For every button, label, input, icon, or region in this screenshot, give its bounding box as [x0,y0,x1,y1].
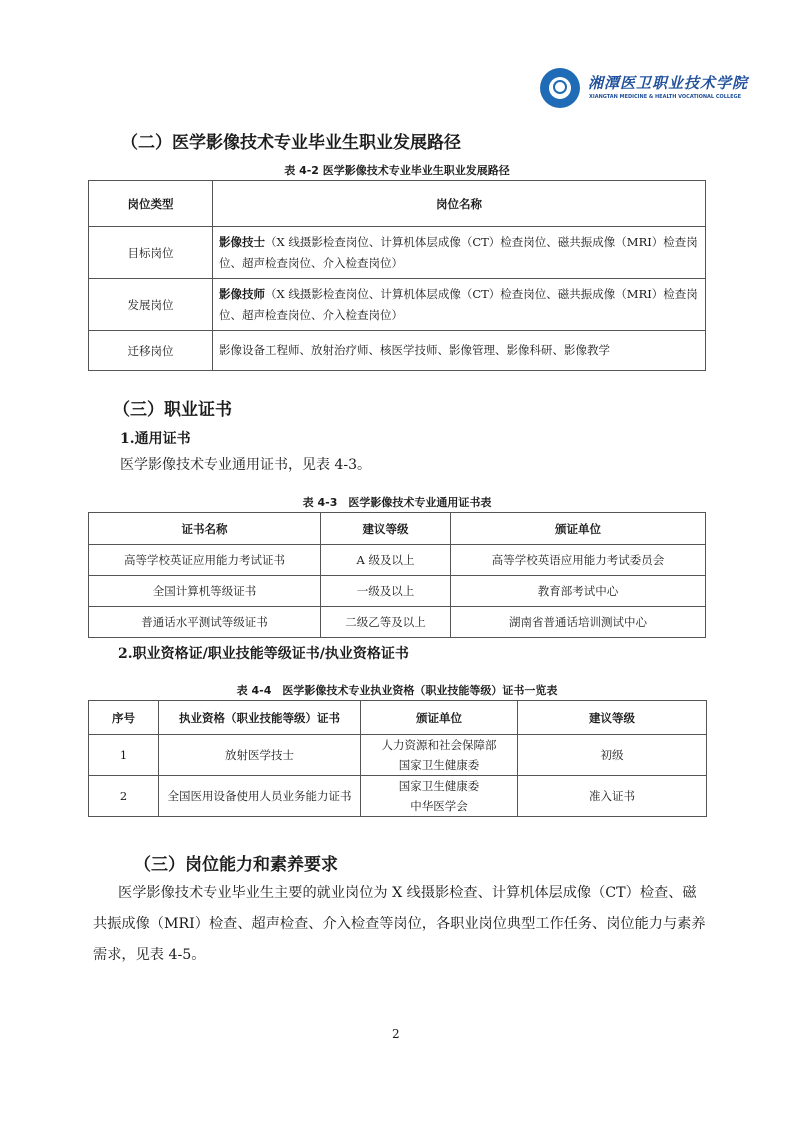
column-header: 颁证单位 [361,701,518,735]
post-title: 影像技师 [219,287,265,301]
emblem-ring [553,80,567,94]
cert-issuer: 教育部考试中心 [451,576,706,607]
cert-level: 初级 [518,735,707,776]
column-header: 序号 [89,701,159,735]
table-4-3-caption: 表 4-3 医学影像技术专业通用证书表 [88,494,706,510]
column-header: 建议等级 [518,701,707,735]
post-type: 目标岗位 [89,227,213,279]
row-number: 1 [89,735,159,776]
column-header: 颁证单位 [451,513,706,545]
column-header: 执业资格（职业技能等级）证书 [159,701,361,735]
cert-level: A 级及以上 [321,545,451,576]
issuer-line: 国家卫生健康委 [367,755,511,775]
competency-para-line-3: 需求，见表 4-5。 [93,940,205,971]
logo-english-name: XIANGTAN MEDICINE & HEALTH VOCATIONAL CO… [589,94,741,100]
post-names: 影像技师（X 线摄影检查岗位、计算机体层成像（CT）检查岗位、磁共振成像（MRI… [213,279,706,331]
table-4-3: 证书名称 建议等级 颁证单位 高等学校英证应用能力考试证书 A 级及以上 高等学… [88,512,706,638]
post-names: 影像技士（X 线摄影检查岗位、计算机体层成像（CT）检查岗位、磁共振成像（MRI… [213,227,706,279]
table-row: 目标岗位 影像技士（X 线摄影检查岗位、计算机体层成像（CT）检查岗位、磁共振成… [89,227,706,279]
subsection-heading-general: 1.通用证书 [120,428,191,448]
logo-chinese-name: 湘潭医卫职业技术学院 [588,72,748,93]
cert-name: 全国医用设备使用人员业务能力证书 [159,776,361,817]
section-heading-certificates: （三）职业证书 [113,395,232,420]
cert-name: 普通话水平测试等级证书 [89,607,321,638]
table-4-4: 序号 执业资格（职业技能等级）证书 颁证单位 建议等级 1 放射医学技士 人力资… [88,700,707,817]
table-header-row: 序号 执业资格（职业技能等级）证书 颁证单位 建议等级 [89,701,707,735]
post-detail: （X 线摄影检查岗位、计算机体层成像（CT）检查岗位、磁共振成像（MRI）检查岗… [219,287,698,322]
table-row: 发展岗位 影像技师（X 线摄影检查岗位、计算机体层成像（CT）检查岗位、磁共振成… [89,279,706,331]
post-names: 影像设备工程师、放射治疗师、核医学技师、影像管理、影像科研、影像教学 [213,331,706,371]
section-heading-competency: （三）岗位能力和素养要求 [134,850,338,875]
column-header: 岗位类型 [89,181,213,227]
cert-issuer: 国家卫生健康委中华医学会 [361,776,518,817]
issuer-line: 中华医学会 [367,796,511,816]
issuer-line: 国家卫生健康委 [367,776,511,796]
post-title: 影像技士 [219,235,265,249]
table-row: 1 放射医学技士 人力资源和社会保障部国家卫生健康委 初级 [89,735,707,776]
cert-name: 放射医学技士 [159,735,361,776]
cert-level: 准入证书 [518,776,707,817]
table-row: 普通话水平测试等级证书 二级乙等及以上 湖南省普通话培训测试中心 [89,607,706,638]
row-number: 2 [89,776,159,817]
issuer-line: 人力资源和社会保障部 [367,735,511,755]
general-cert-text: 医学影像技术专业通用证书，见表 4-3。 [120,450,371,481]
cert-issuer: 高等学校英语应用能力考试委员会 [451,545,706,576]
cert-name: 全国计算机等级证书 [89,576,321,607]
section-heading-career-path: （二）医学影像技术专业毕业生职业发展路径 [121,128,461,153]
subsection-heading-qualifications: 2.职业资格证/职业技能等级证书/执业资格证书 [118,643,409,663]
cert-issuer: 人力资源和社会保障部国家卫生健康委 [361,735,518,776]
page-number: 2 [392,1027,400,1041]
cert-level: 二级乙等及以上 [321,607,451,638]
cert-level: 一级及以上 [321,576,451,607]
table-4-2-caption: 表 4-2 医学影像技术专业毕业生职业发展路径 [88,162,706,178]
table-row: 全国计算机等级证书 一级及以上 教育部考试中心 [89,576,706,607]
table-header-row: 岗位类型 岗位名称 [89,181,706,227]
cert-issuer: 湖南省普通话培训测试中心 [451,607,706,638]
post-type: 迁移岗位 [89,331,213,371]
post-detail: （X 线摄影检查岗位、计算机体层成像（CT）检查岗位、磁共振成像（MRI）检查岗… [219,235,698,270]
table-4-4-caption: 表 4-4 医学影像技术专业执业资格（职业技能等级）证书一览表 [88,682,706,698]
competency-para-line-1: 医学影像技术专业毕业生主要的就业岗位为 X 线摄影检查、计算机体层成像（CT）检… [118,878,697,909]
table-row: 高等学校英证应用能力考试证书 A 级及以上 高等学校英语应用能力考试委员会 [89,545,706,576]
cert-name: 高等学校英证应用能力考试证书 [89,545,321,576]
column-header: 证书名称 [89,513,321,545]
post-type: 发展岗位 [89,279,213,331]
table-header-row: 证书名称 建议等级 颁证单位 [89,513,706,545]
table-4-2: 岗位类型 岗位名称 目标岗位 影像技士（X 线摄影检查岗位、计算机体层成像（CT… [88,180,706,371]
competency-para-line-2: 共振成像（MRI）检查、超声检查、介入检查等岗位，各职业岗位典型工作任务、岗位能… [93,909,706,940]
college-logo: 湘潭医卫职业技术学院 XIANGTAN MEDICINE & HEALTH VO… [536,66,716,112]
table-row: 迁移岗位 影像设备工程师、放射治疗师、核医学技师、影像管理、影像科研、影像教学 [89,331,706,371]
table-row: 2 全国医用设备使用人员业务能力证书 国家卫生健康委中华医学会 准入证书 [89,776,707,817]
column-header: 岗位名称 [213,181,706,227]
column-header: 建议等级 [321,513,451,545]
